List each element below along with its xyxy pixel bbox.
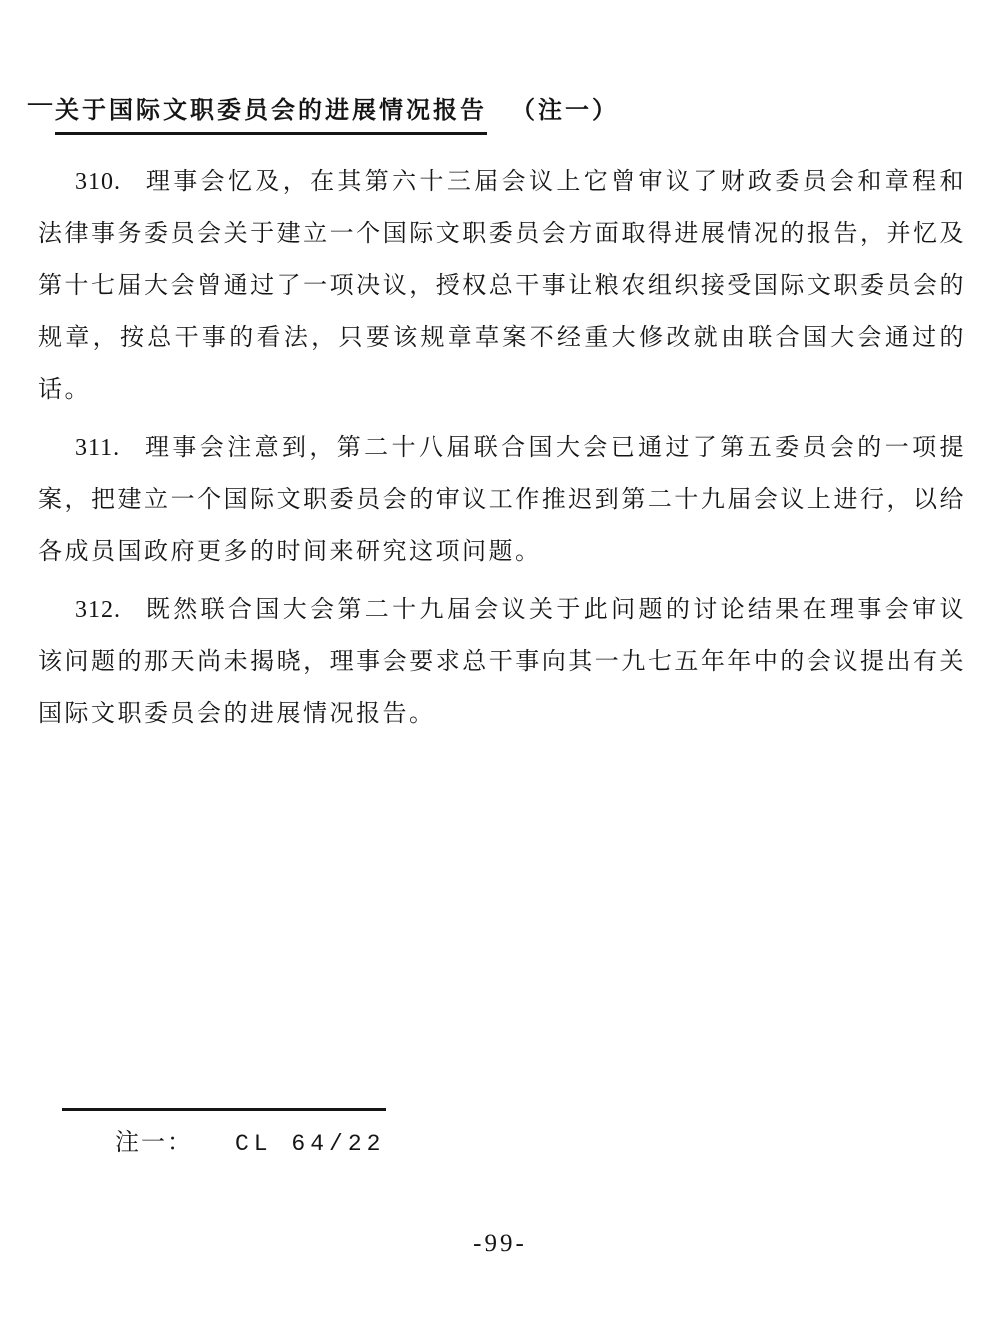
paragraph-310: 310.理事会忆及，在其第六十三届会议上它曾审议了财政委员会和章程和法律事务委员… [38, 156, 966, 416]
paragraph-number: 312. [75, 597, 121, 623]
section-title: —关于国际文职委员会的进展情况报告（注一） [28, 90, 619, 135]
paragraph-311: 311.理事会注意到，第二十八届联合国大会已通过了第五委员会的一项提案，把建立一… [38, 422, 966, 578]
paragraph-number: 310. [75, 169, 121, 195]
title-text-underlined: 关于国际文职委员会的进展情况报告 [55, 90, 487, 135]
footnote-divider [62, 1108, 386, 1111]
paragraph-text: 理事会忆及，在其第六十三届会议上它曾审议了财政委员会和章程和法律事务委员会关于建… [38, 169, 966, 403]
title-dash: — [28, 90, 55, 117]
paragraph-text: 理事会注意到，第二十八届联合国大会已通过了第五委员会的一项提案，把建立一个国际文… [38, 435, 966, 565]
title-footnote-marker: （注一） [511, 90, 619, 125]
footnote: 注一：CL 64/22 [115, 1122, 385, 1157]
page-number: -99- [0, 1230, 1000, 1258]
paragraph-312: 312.既然联合国大会第二十九届会议关于此问题的讨论结果在理事会审议该问题的那天… [38, 584, 966, 740]
paragraph-number: 311. [75, 435, 120, 461]
footnote-label: 注一： [115, 1130, 193, 1156]
document-body: 310.理事会忆及，在其第六十三届会议上它曾审议了财政委员会和章程和法律事务委员… [38, 156, 966, 746]
footnote-reference: CL 64/22 [235, 1131, 385, 1157]
document-page: —关于国际文职委员会的进展情况报告（注一） 310.理事会忆及，在其第六十三届会… [0, 0, 1000, 1328]
paragraph-text: 既然联合国大会第二十九届会议关于此问题的讨论结果在理事会审议该问题的那天尚未揭晓… [38, 597, 966, 727]
